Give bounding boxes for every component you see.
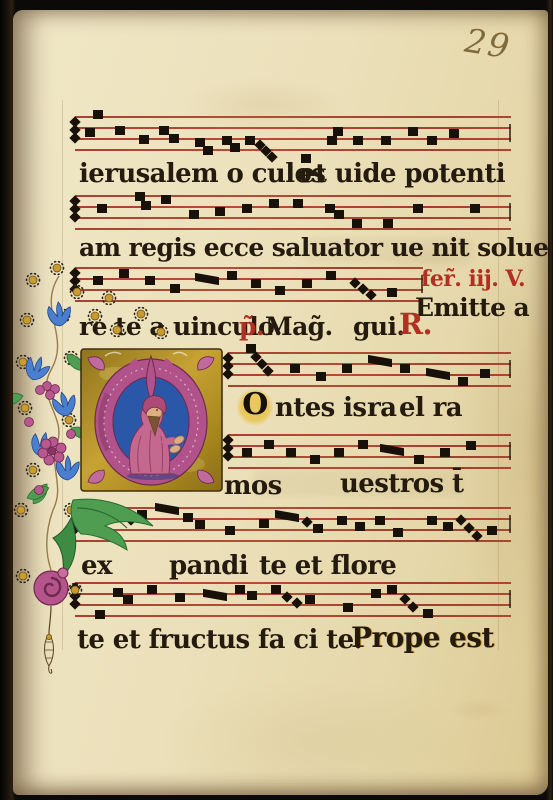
lyric-ntes-is: ntes is [275, 394, 366, 423]
neume-note [337, 516, 347, 525]
neume-note [85, 128, 95, 137]
illuminated-initial-M [75, 344, 225, 496]
neume-note [159, 126, 169, 135]
neume-note [353, 136, 363, 145]
neume-note [290, 364, 300, 373]
staff-line [75, 149, 511, 151]
neume-note [352, 219, 362, 228]
neume-note [440, 448, 450, 457]
neume-note [230, 143, 240, 152]
neume-note [371, 589, 381, 598]
neume-note [368, 355, 392, 367]
neume-note [275, 510, 299, 522]
neume-note [313, 524, 323, 533]
neume-note [305, 595, 315, 604]
lyric-gui: gui. [353, 313, 404, 341]
neume-note [458, 377, 468, 386]
custos-mark [509, 590, 511, 608]
staff-line [75, 116, 511, 118]
stave [228, 352, 511, 386]
lyric-magnificat-abbrev: Mag̃. [265, 313, 333, 341]
neume-note [293, 199, 303, 208]
neume-note [343, 603, 353, 612]
neume-note [242, 204, 252, 213]
neume-note [393, 528, 403, 537]
rubric-psalm-abbrev: p̃. [239, 313, 264, 341]
neume-note [427, 516, 437, 525]
neume-note [139, 135, 149, 144]
neume-note [414, 455, 424, 464]
neume-note [334, 448, 344, 457]
pink-scroll-flower [34, 568, 68, 605]
staff-line [228, 434, 511, 436]
custos-mark [509, 442, 511, 460]
neume-note [383, 219, 393, 228]
neume-note [487, 526, 497, 535]
neume-note [227, 271, 237, 280]
neume-note [365, 289, 376, 300]
staff-line [228, 456, 511, 458]
neume-note [235, 585, 245, 594]
staff-line [228, 385, 511, 387]
lyric-ra: ra [367, 394, 396, 423]
custos-mark [509, 515, 511, 533]
neume-note [327, 136, 337, 145]
neume-note [427, 136, 437, 145]
neume-note [247, 591, 257, 600]
neume-note [245, 136, 255, 145]
rubric-responsory-R: R. [399, 309, 432, 341]
neume-note [381, 136, 391, 145]
neume-note [161, 195, 171, 204]
folio-number: 29 [462, 21, 514, 67]
neume-note [413, 204, 423, 213]
custos-mark [509, 360, 511, 378]
neume-note [225, 526, 235, 535]
versal-letter-O: O [237, 388, 273, 426]
neume-note [399, 593, 410, 604]
neume-note [269, 199, 279, 208]
staff-line [228, 374, 511, 376]
neume-note [251, 279, 261, 288]
neume-note [135, 192, 145, 201]
penwork-pendant [45, 606, 54, 673]
neume-note [183, 513, 193, 522]
neume-note [408, 127, 418, 136]
clef-mark [69, 132, 80, 143]
neume-note [387, 585, 397, 594]
neume-note [387, 288, 397, 297]
lyric-prope-est: Prope est [351, 623, 494, 654]
neume-note [449, 129, 459, 138]
neume-note [480, 369, 490, 378]
neume-note [189, 210, 199, 219]
neume-note [286, 448, 296, 457]
stave [228, 434, 511, 468]
neume-note [215, 207, 225, 216]
neume-note [242, 448, 252, 457]
neume-note [426, 368, 450, 380]
neume-note [466, 441, 476, 450]
neume-note [400, 364, 410, 373]
lyric-emitte-a: Emitte a [415, 294, 529, 322]
neume-note [423, 609, 433, 618]
lyric-uestros: uestros t̄ [340, 470, 463, 499]
lyric-et-uide-potenti: et uide potenti [299, 160, 505, 189]
neume-note [93, 110, 103, 119]
custos-mark [509, 124, 511, 142]
neume-note [334, 210, 344, 219]
neume-note [326, 271, 336, 280]
neume-note [291, 597, 302, 608]
neume-note [271, 585, 281, 594]
neume-note [455, 514, 466, 525]
neume-note [203, 146, 213, 155]
neume-note [203, 589, 227, 601]
neume-note [259, 519, 269, 528]
lyric-mos: mos [224, 472, 282, 501]
stave [75, 195, 511, 229]
neume-note [358, 440, 368, 449]
neume-note [115, 126, 125, 135]
staff-line [75, 127, 511, 129]
photo-backdrop: 29 ierusalem o culoset uide potentiam re… [0, 0, 553, 800]
neume-note [195, 520, 205, 529]
neume-note [275, 286, 285, 295]
neume-note [463, 522, 474, 533]
neume-note [375, 516, 385, 525]
clef-mark [69, 211, 80, 222]
neume-note [342, 364, 352, 373]
neume-note [97, 204, 107, 213]
neume-note [333, 127, 343, 136]
staff-line [75, 217, 511, 219]
staff-line [228, 352, 511, 354]
lyric-ierusalem: ierusalem o culos [79, 160, 325, 189]
lyric-el-ra: el ra [399, 394, 462, 423]
lyric-te-et-flore: te et flore [259, 552, 396, 581]
neume-note [169, 134, 179, 143]
manuscript-page: 29 ierusalem o culoset uide potentiam re… [13, 10, 548, 795]
custos-mark [509, 203, 511, 221]
staff-line [75, 228, 511, 230]
stave [75, 116, 511, 150]
neume-note [316, 372, 326, 381]
neume-note [470, 204, 480, 213]
neume-note [141, 201, 151, 210]
neume-note [302, 279, 312, 288]
rubric-feria: fer̃. iij. V. [421, 267, 525, 291]
neume-note [355, 522, 365, 531]
neume-note [443, 522, 453, 531]
neume-note [264, 440, 274, 449]
neume-note [310, 455, 320, 464]
neume-note [195, 273, 219, 285]
